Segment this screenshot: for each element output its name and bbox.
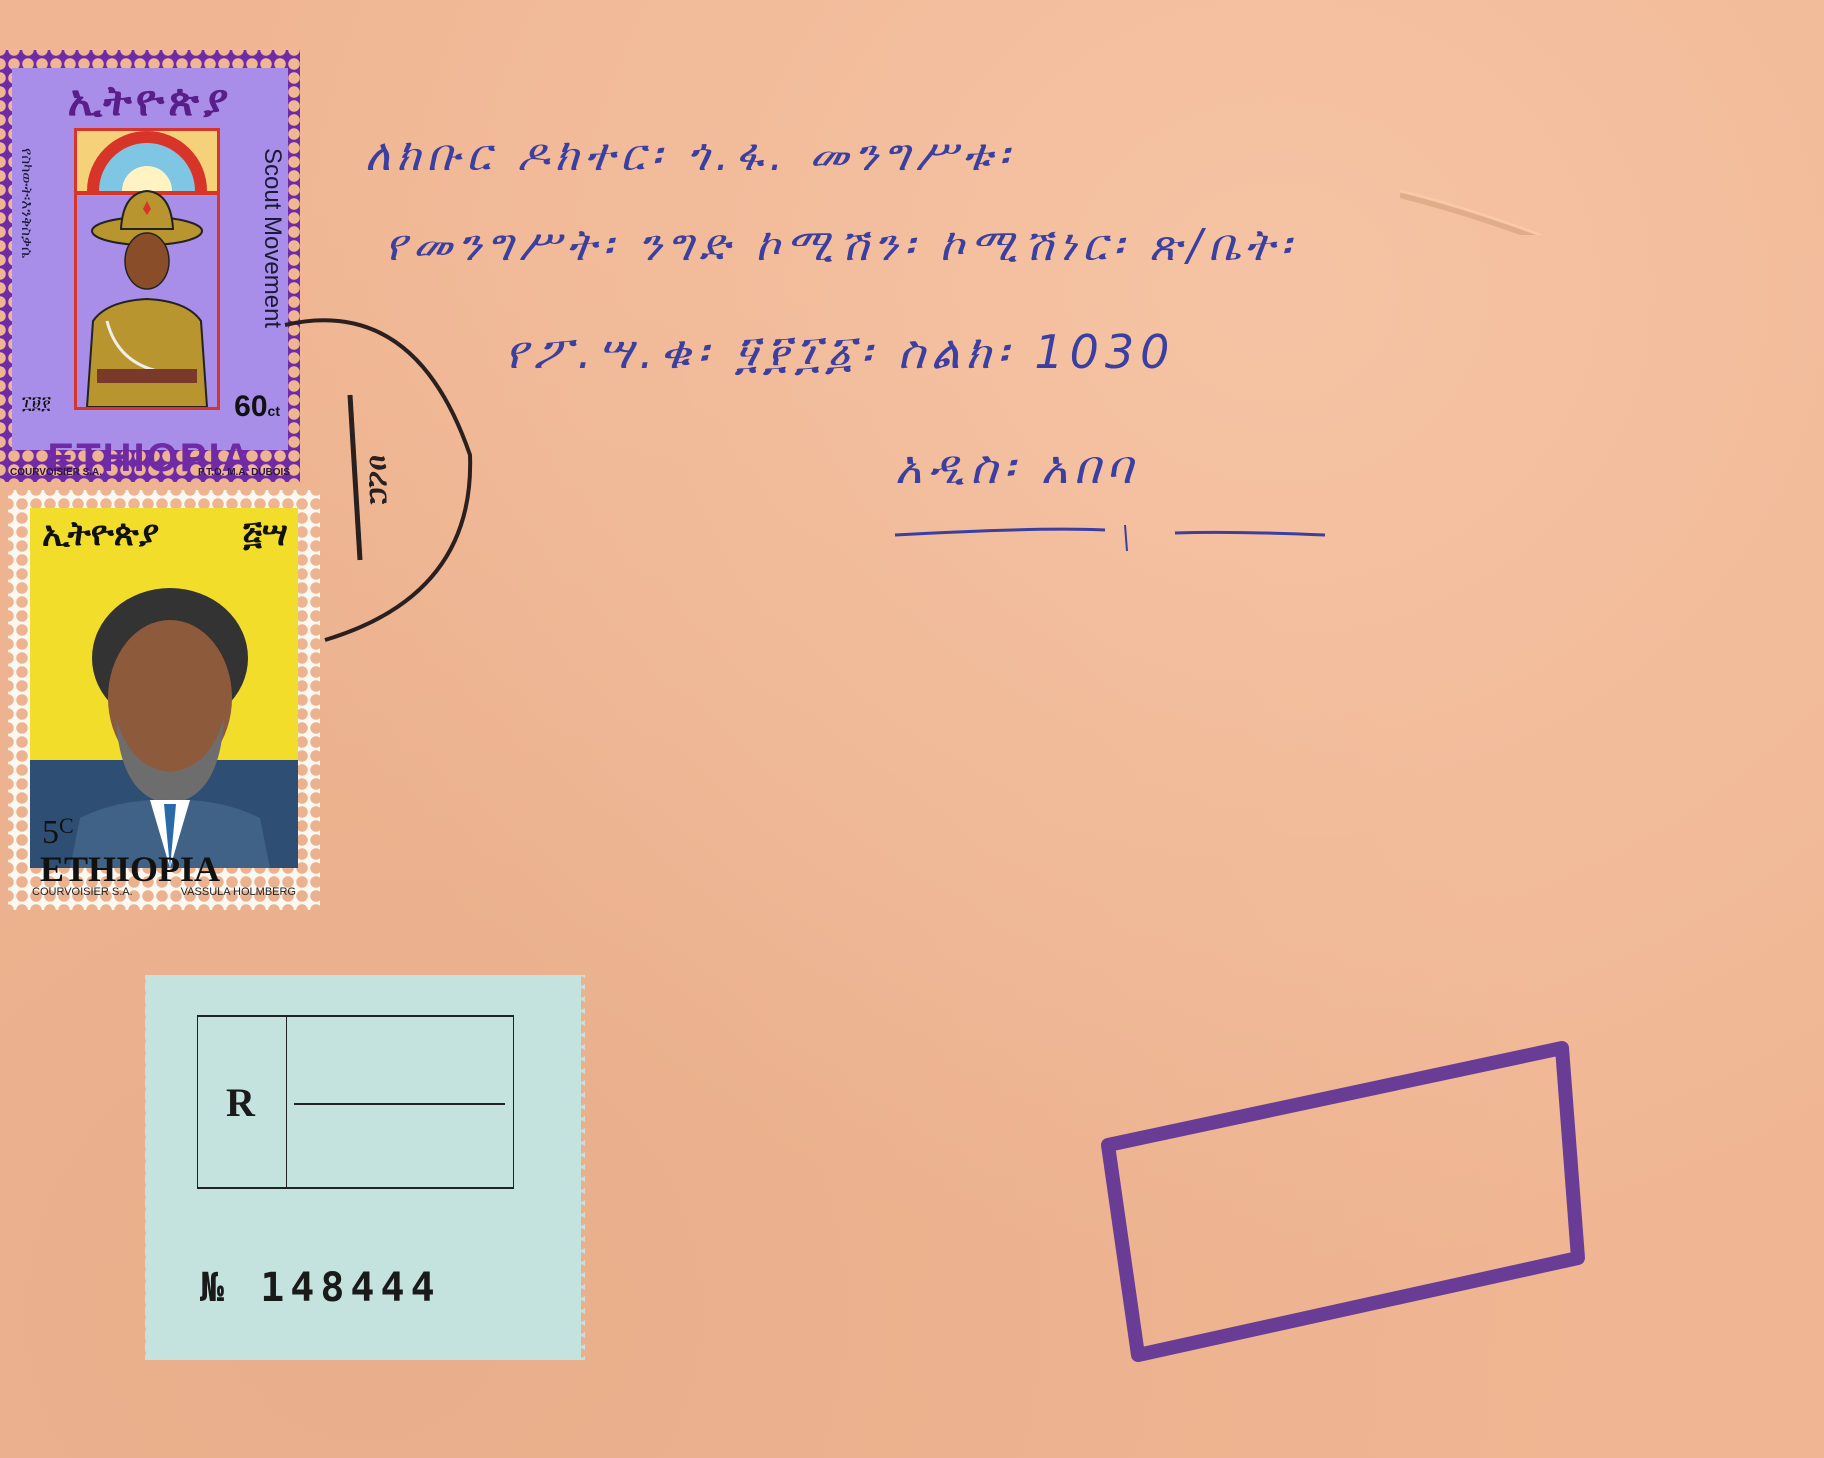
scout-portrait — [74, 128, 220, 410]
portrait — [70, 568, 270, 868]
cachet-box — [1090, 1030, 1790, 1380]
stamp-value-unit: C — [59, 813, 74, 838]
number-value: 148444 — [260, 1265, 441, 1311]
stamp-year: ፲፱፻ — [22, 393, 51, 414]
imprint-left: COURVOISIER S.A. — [10, 467, 102, 478]
imprint-left: COURVOISIER S.A. — [32, 886, 133, 898]
registration-line — [294, 1103, 505, 1105]
address-line-2: የመንግሥት፡ ንግድ ኮሚሽን፡ ኮሚሽነር፡ ጽ/ቤት፡ — [385, 220, 1297, 271]
registration-divider — [286, 1017, 287, 1187]
stamp-value-number: 5 — [42, 814, 59, 851]
imprint-right: VASSULA HOLMBERG — [181, 886, 296, 898]
stamp-value: 5C — [42, 813, 74, 852]
paper-crease — [1400, 95, 1824, 235]
stamp-country: ETHIOPIA — [40, 848, 220, 890]
registration-label: R № 148444 — [145, 975, 585, 1360]
stamp-face: ኢትዮጵያ የስካውት፡እንቅስቃሴ Scout Movement — [12, 68, 288, 450]
registration-number: № 148444 — [200, 1265, 441, 1311]
address-line-4: አዲስ፡ አበባ — [895, 440, 1139, 496]
stamp-value-number: 60 — [234, 390, 267, 423]
stamp-side-text-english: Scout Movement — [258, 148, 286, 328]
scout-movement-stamp: ኢትዮጵያ የስካውት፡እንቅስቃሴ Scout Movement — [0, 50, 300, 482]
address-line-1: ለክቡር ዶክተር፡ ጎ.ፋ. መንግሥቱ፡ — [365, 130, 1015, 181]
stamp-country-amharic: ኢትዮጵያ — [42, 514, 159, 554]
envelope: ኢትዮጵያ የስካውት፡እንቅስቃሴ Scout Movement — [0, 0, 1824, 1458]
stamp-face: ኢትዮጵያ ፭ሣ 5C ETHIOPIA — [30, 508, 298, 868]
address-line-3: የፖ.ሣ.ቁ፡ ፶፻፲፩፡ ስልክ፡ 1030 — [505, 325, 1175, 381]
stamp-country-amharic: ኢትዮጵያ — [12, 76, 288, 126]
address-underline — [890, 515, 1330, 555]
stamp-side-text-amharic: የስካውት፡እንቅስቃሴ — [18, 148, 36, 258]
postmark: ሀረር — [265, 305, 480, 645]
number-prefix: № — [200, 1265, 230, 1311]
stamp-imprint: COURVOISIER S.A. VASSULA HOLMBERG — [32, 886, 296, 898]
stamp-imprint: COURVOISIER S.A. P.T.O. M.A. DUBOIS — [10, 467, 290, 478]
registration-box: R — [197, 1015, 514, 1189]
registration-letter: R — [226, 1079, 255, 1126]
postmark-town: ሀረር — [362, 455, 397, 504]
